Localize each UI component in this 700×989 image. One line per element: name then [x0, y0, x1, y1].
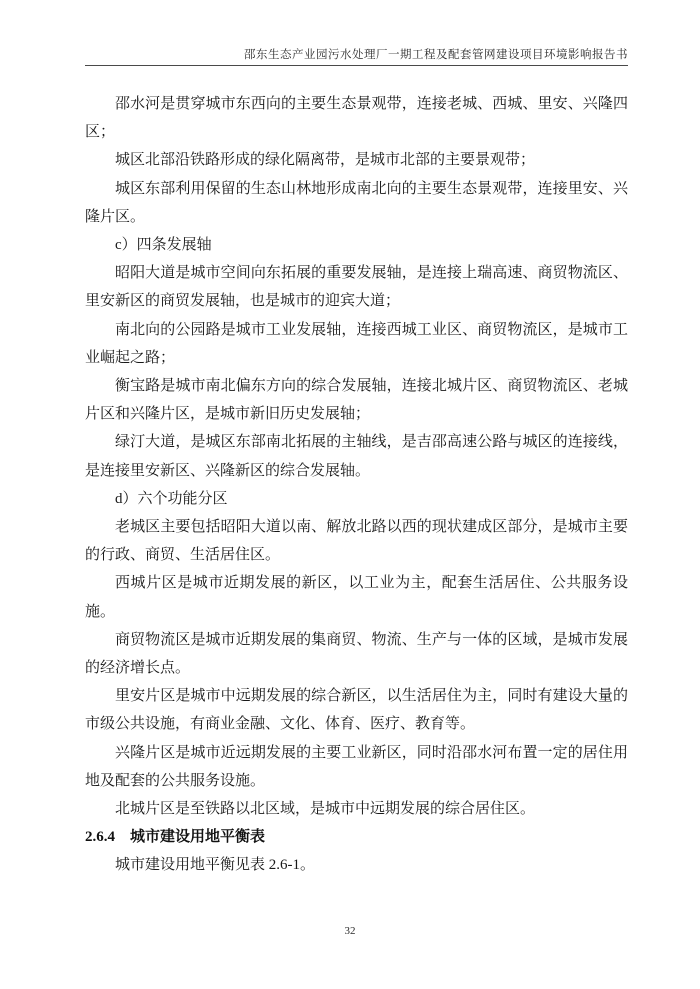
running-header: 邵东生态产业园污水处理厂一期工程及配套管网建设项目环境影响报告书 — [85, 0, 628, 66]
paragraph: 西城片区是城市近期发展的新区，以工业为主，配套生活居住、公共服务设施。 — [85, 569, 628, 625]
paragraph: c）四条发展轴 — [85, 231, 628, 259]
paragraph: 里安片区是城市中远期发展的综合新区，以生活居住为主，同时有建设大量的市级公共设施… — [85, 682, 628, 738]
paragraph: 城区东部利用保留的生态山林地形成南北向的主要生态景观带，连接里安、兴隆片区。 — [85, 175, 628, 231]
paragraph: d）六个功能分区 — [85, 485, 628, 513]
paragraph: 北城片区是至铁路以北区域，是城市中远期发展的综合居住区。 — [85, 795, 628, 823]
paragraph: 城区北部沿铁路形成的绿化隔离带，是城市北部的主要景观带； — [85, 146, 628, 174]
paragraph: 邵水河是贯穿城市东西向的主要生态景观带，连接老城、西城、里安、兴隆四区； — [85, 90, 628, 146]
paragraph: 城市建设用地平衡见表 2.6-1。 — [85, 851, 628, 879]
paragraph: 昭阳大道是城市空间向东拓展的重要发展轴，是连接上瑞高速、商贸物流区、里安新区的商… — [85, 259, 628, 315]
paragraph: 衡宝路是城市南北偏东方向的综合发展轴，连接北城片区、商贸物流区、老城片区和兴隆片… — [85, 372, 628, 428]
paragraph: 老城区主要包括昭阳大道以南、解放北路以西的现状建成区部分，是城市主要的行政、商贸… — [85, 513, 628, 569]
content: 邵水河是贯穿城市东西向的主要生态景观带，连接老城、西城、里安、兴隆四区；城区北部… — [85, 90, 628, 880]
paragraph: 南北向的公园路是城市工业发展轴，连接西城工业区、商贸物流区，是城市工业崛起之路； — [85, 316, 628, 372]
paragraph: 兴隆片区是城市近远期发展的主要工业新区，同时沿邵水河布置一定的居住用地及配套的公… — [85, 739, 628, 795]
paragraph: 商贸物流区是城市近期发展的集商贸、物流、生产与一体的区域，是城市发展的经济增长点… — [85, 626, 628, 682]
section-heading: 2.6.4 城市建设用地平衡表 — [85, 823, 628, 851]
paragraph: 绿汀大道，是城区东部南北拓展的主轴线，是吉邵高速公路与城区的连接线，是连接里安新… — [85, 428, 628, 484]
document-page: 邵东生态产业园污水处理厂一期工程及配套管网建设项目环境影响报告书 邵水河是贯穿城… — [0, 0, 700, 989]
page-number: 32 — [0, 925, 700, 937]
